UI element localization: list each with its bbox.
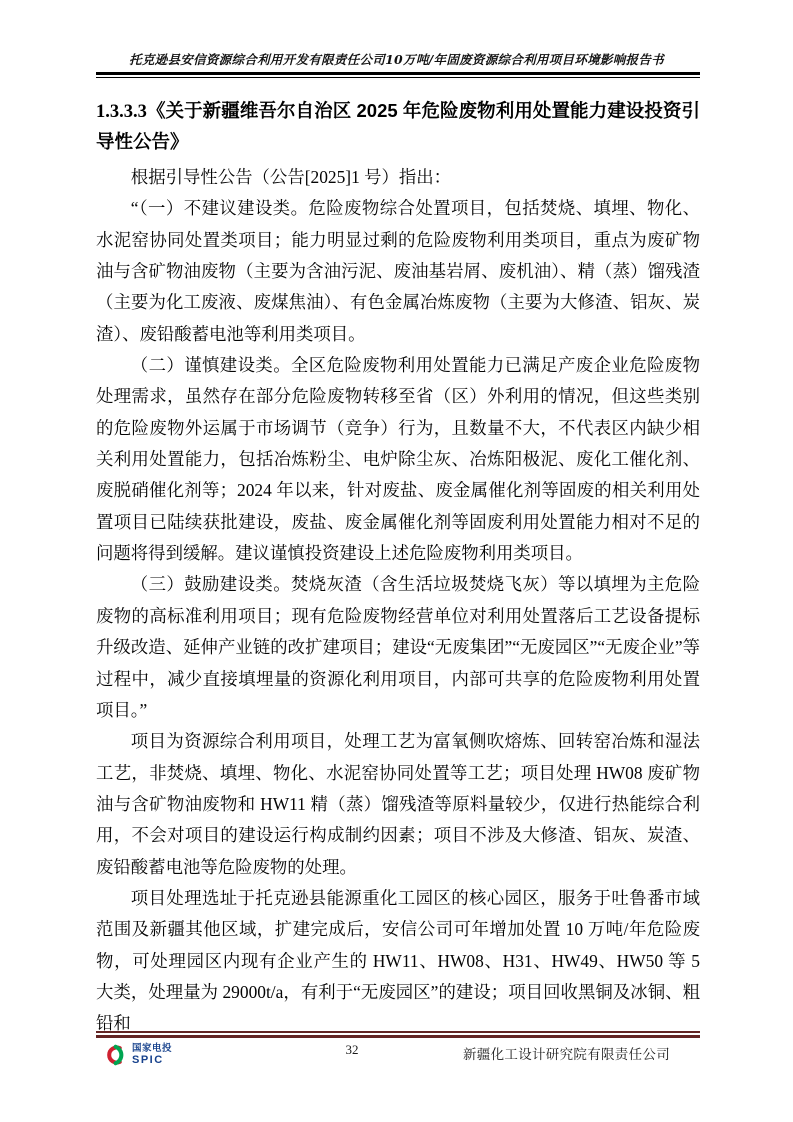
document-body: 1.3.3.3《关于新疆维吾尔自治区 2025 年危险废物利用处置能力建设投资引…	[96, 96, 700, 1040]
paragraph: （二）谨慎建设类。全区危险废物利用处置能力已满足产废企业危险废物处理需求，虽然存…	[96, 350, 700, 569]
running-title: 托克逊县安信资源综合利用开发有限责任公司10万吨/年固废资源综合利用项目环境影响…	[48, 50, 745, 68]
paragraphs-container: 根据引导性公告（公告[2025]1 号）指出：“（一）不建议建设类。危险废物综合…	[96, 162, 700, 1040]
spic-logo-text: 国家电投 SPIC	[132, 1044, 172, 1066]
logo-brand-cn: 国家电投	[132, 1044, 172, 1054]
section-number: 1.3.3.3	[96, 102, 147, 122]
paragraph: 项目为资源综合利用项目，处理工艺为富氧侧吹熔炼、回转窑冶炼和湿法工艺，非焚烧、填…	[96, 726, 700, 883]
page-number: 32	[340, 1042, 364, 1058]
footer-company: 新疆化工设计研究院有限责任公司	[463, 1043, 670, 1063]
paragraph: 根据引导性公告（公告[2025]1 号）指出：	[96, 162, 700, 193]
paragraph: “（一）不建议建设类。危险废物综合处置项目，包括焚烧、填埋、物化、水泥窑协同处置…	[96, 193, 700, 350]
section-title: 《关于新疆维吾尔自治区 2025 年危险废物利用处置能力建设投资引导性公告》	[96, 100, 700, 152]
footer-rule	[96, 1031, 700, 1038]
header-rule	[96, 72, 700, 78]
paragraph: （三）鼓励建设类。焚烧灰渣（含生活垃圾焚烧飞灰）等以填埋为主危险废物的高标准利用…	[96, 569, 700, 726]
paragraph: 项目处理选址于托克逊县能源重化工园区的核心园区，服务于吐鲁番市域范围及新疆其他区…	[96, 883, 700, 1040]
spic-logo-icon	[106, 1044, 128, 1066]
document-page: 托克逊县安信资源综合利用开发有限责任公司10万吨/年固废资源综合利用项目环境影响…	[0, 0, 793, 1122]
section-heading: 1.3.3.3《关于新疆维吾尔自治区 2025 年危险废物利用处置能力建设投资引…	[96, 96, 700, 158]
spic-logo: 国家电投 SPIC	[106, 1044, 172, 1066]
logo-brand-en: SPIC	[132, 1055, 172, 1066]
